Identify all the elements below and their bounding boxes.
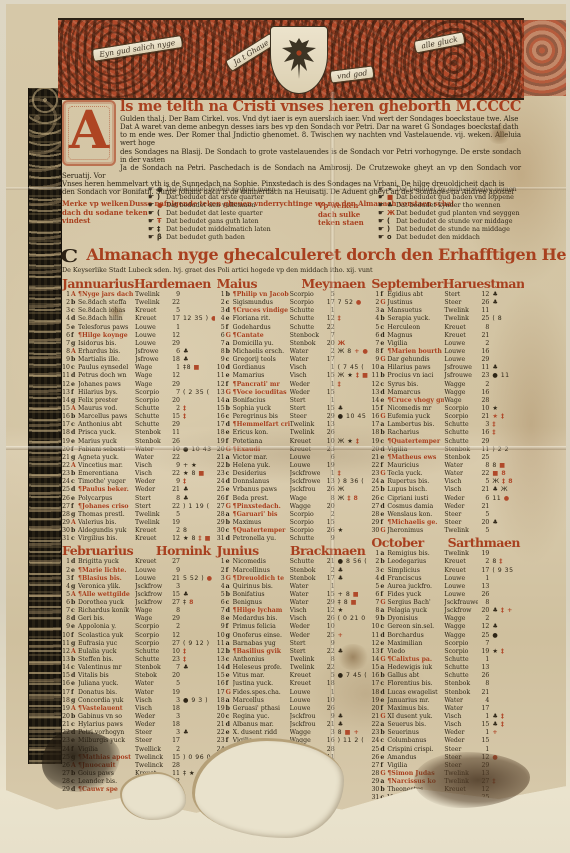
dark-stain	[414, 752, 530, 808]
feast-mark: ¶	[233, 332, 237, 339]
zodiac-sign: Scorpio	[135, 640, 169, 648]
saint-name: Hilarius paws	[387, 364, 444, 372]
symbols-red: ‡	[183, 405, 187, 412]
dominical-letter: b	[380, 315, 387, 323]
calendar-row: 16bMarcellus pawsSchutte15 ‡	[62, 413, 215, 421]
zodiac-sign: Twelink	[135, 299, 169, 307]
symbols-black: ( 9 35	[492, 567, 513, 574]
dominical-letter: G	[226, 332, 233, 340]
day-number: 18	[217, 429, 226, 437]
saint-name: Gabinus vn so	[78, 713, 135, 721]
symbols-red: ■	[353, 591, 359, 598]
moon-degree: 1	[169, 364, 181, 372]
dominical-letter: c	[226, 527, 233, 535]
zodiac-sign: Jsfrowe	[135, 356, 169, 364]
calendar-row: 11dBorchardusWagge25●	[371, 632, 524, 640]
saint-name: Martialis ille.	[78, 356, 135, 364]
zodiac-sign: Schutte	[444, 421, 478, 429]
zodiac-sign: Visch	[290, 372, 324, 380]
calendar-row: 6bDorothea yuckJsckfrow27‡ 8	[62, 599, 215, 607]
day-number: 12	[371, 381, 380, 389]
dominical-letter: b	[380, 372, 387, 380]
saint-name: Herculeon	[387, 324, 444, 332]
saint-name: ¶Cruces vindige	[233, 307, 290, 315]
calendar-row: 5cHerculeonKreuet8	[371, 324, 524, 332]
zodiac-sign: Visch	[290, 615, 324, 623]
manicule-icon: ☛	[378, 209, 387, 217]
dominical-letter: f	[71, 632, 78, 640]
zodiac-sign: Wage	[135, 372, 169, 380]
day-number: 30	[371, 786, 380, 794]
moon-degree: 13	[478, 583, 490, 591]
moon-degree: 29	[169, 381, 181, 389]
day-number: 11	[217, 640, 226, 648]
dominical-letter: c	[71, 535, 78, 543]
zodiac-sign: Stebok	[135, 672, 169, 680]
day-symbols: ★	[336, 607, 370, 615]
dominical-letter: a	[380, 721, 387, 729]
dominical-letter: e	[226, 558, 233, 566]
day-number: 28	[371, 770, 380, 778]
zodiac-sign: Weder	[135, 721, 169, 729]
dominical-letter: c	[380, 680, 387, 688]
moon-degree: 4	[478, 697, 490, 705]
paper-stain	[106, 304, 126, 320]
calendar-row: 3aMansuetusTwelink11	[371, 307, 524, 315]
moon-degree: 21	[169, 575, 181, 583]
saint-name: ¶Garuari' bis	[233, 511, 290, 519]
legend-text: Dat bedudet guth baden	[166, 233, 245, 241]
symbols-red: ‡	[183, 656, 187, 663]
moon-degree: 3	[169, 729, 181, 737]
day-number: 16	[371, 413, 380, 421]
dominical-letter: f	[226, 680, 233, 688]
saint-name: Vitus mar.	[233, 672, 290, 680]
calendar-row: 8aPelagia yuckJsckfrow20♣ ‡ +	[371, 607, 524, 615]
saint-name: Se.8dach hilin	[78, 315, 135, 323]
calendar-row: 25dCrispini crispi.Steer1	[371, 746, 524, 754]
calendar-row: 8f¶Marien bourthLouwe16	[371, 348, 524, 356]
calendar-row: 5eAurea juckfro.Louwe13	[371, 583, 524, 591]
dominical-letter: b	[71, 356, 78, 364]
saint-name: Marius yuck	[78, 438, 135, 446]
calendar-row: 1aRemigius bis.Twelink19	[371, 550, 524, 558]
day-number: 12	[217, 381, 226, 389]
symbols-black: ♣	[338, 713, 344, 720]
day-number: 26	[371, 495, 380, 503]
symbols-red: ‡ ■	[356, 372, 369, 379]
day-number: 8	[217, 348, 226, 356]
zodiac-sign: Scorpio	[290, 527, 324, 535]
dominical-letter: e	[226, 429, 233, 437]
zodiac-sign: Wagge	[290, 503, 324, 511]
moon-degree: 8	[478, 680, 490, 688]
symbols-black: ★	[338, 527, 344, 534]
saint-name: Agneta yuck.	[78, 454, 135, 462]
saint-name: Victor mar.	[233, 454, 290, 462]
day-symbols: 11 ●	[490, 495, 524, 503]
day-number: 29	[217, 519, 226, 527]
day-number: 23	[217, 470, 226, 478]
legend-symbol: (	[157, 209, 166, 217]
saint-name: Magnus	[387, 332, 444, 340]
day-number: 13	[217, 389, 226, 397]
moon-degree: 20	[478, 519, 490, 527]
saint-name: Peregrinus bis	[233, 413, 290, 421]
moon-degree: 18	[169, 356, 181, 364]
dominical-letter: b	[226, 705, 233, 713]
zodiac-sign: Weder	[135, 713, 169, 721]
calendar-row: 17fDonatus bis.Water19	[62, 689, 215, 697]
dominical-letter: g	[71, 697, 78, 705]
symbols-red: ■ +	[345, 729, 360, 736]
day-symbols: ★ 8 ‡ ■	[181, 535, 215, 543]
symbols-red: ‡ ■	[198, 535, 211, 542]
moon-degree: 8	[169, 607, 181, 615]
day-number: 18	[217, 697, 226, 705]
dominical-letter: d	[226, 664, 233, 672]
moon-degree: 22	[169, 503, 181, 511]
legend-note-left: Merke vp welken dach du sodane teken vin…	[62, 185, 148, 226]
calendar-row: 1A¶Nyge jars dachTwelink9	[62, 291, 215, 299]
zodiac-sign: Stenbok	[135, 664, 169, 672]
day-number: 22	[371, 462, 380, 470]
day-number: 4	[371, 575, 380, 583]
calendar-row: 16GEufemia yuckScorpio21 ★ ‡	[371, 413, 524, 421]
dominical-letter: b	[380, 558, 387, 566]
zodiac-sign: Schutte	[290, 315, 324, 323]
dominical-letter: a	[380, 478, 387, 486]
zodiac-sign: Steer	[444, 299, 478, 307]
legend-text: Dat bedudet gud baden vnd loppene	[396, 193, 514, 201]
saint-name: Godehardus	[233, 324, 290, 332]
feast-mark: ¶	[233, 421, 237, 428]
zodiac-sign: Twelink	[444, 550, 478, 558]
saint-name: ¶Cantate	[233, 332, 290, 340]
day-number: 30	[62, 527, 71, 535]
zodiac-sign: Stert	[290, 405, 324, 413]
calendar-row: 6dMagnusKreuet21	[371, 332, 524, 340]
calendar-row: 10cPaulus eynsedelWage1‡8 ■	[62, 364, 215, 372]
zodiac-sign: Kreuet	[135, 535, 169, 543]
moon-degree: 5	[478, 478, 490, 486]
day-symbols: ‡	[490, 429, 524, 437]
dominical-letter: d	[226, 721, 233, 729]
dominical-letter: G	[380, 299, 387, 307]
calendar-row: 15fNicomedis mrScorpio10★	[371, 405, 524, 413]
zodiac-sign: Schutte	[290, 558, 324, 566]
moon-degree: 19	[478, 648, 490, 656]
saint-name: Se.8dach steffa	[78, 299, 135, 307]
calendar-row: 8dGeri bis.Wage29	[62, 615, 215, 623]
day-number: 13	[371, 648, 380, 656]
dominical-letter: e	[380, 583, 387, 591]
day-number: 14	[62, 397, 71, 405]
moon-degree: 7	[169, 664, 181, 672]
calendar-row: 9cGregorij teolsWater17	[217, 356, 370, 364]
saint-name: ¶Pancrati' mr	[233, 381, 290, 389]
symbols-red: Ж	[338, 340, 346, 347]
day-number: 22	[217, 729, 226, 737]
moon-degree: 28	[478, 397, 490, 405]
zodiac-sign: Jsckfrou	[290, 486, 324, 494]
saint-name: Justina yuck.	[233, 680, 290, 688]
zodiac-sign: Twellick	[135, 746, 169, 754]
zodiac-sign: Stenbok	[135, 438, 169, 446]
symbols-black: Ж 8	[338, 348, 352, 355]
dominical-letter: f	[226, 495, 233, 503]
calendar-row: 16eJuliana yuck.Water5	[62, 680, 215, 688]
saint-name: Sergius Bach'	[387, 599, 444, 607]
day-number: 8	[62, 615, 71, 623]
day-number: 10	[217, 364, 226, 372]
day-number: 19	[371, 697, 380, 705]
calendar-row: 22aSeuerus bis.Visch15♣ ‡	[371, 721, 524, 729]
dominical-letter: d	[71, 615, 78, 623]
moon-degree: 26	[478, 299, 490, 307]
calendar-row: 1fEgidius abtStert12♣	[371, 291, 524, 299]
intro-line: to m ende wes. Der Romer thal Jndictio g…	[62, 131, 521, 147]
zodiac-sign: Jsckfrow	[135, 591, 169, 599]
saint-name: Richardus konik	[78, 607, 135, 615]
saint-name: Nicomedis mr	[387, 405, 444, 413]
zodiac-sign: Water	[444, 462, 478, 470]
moon-degree: 29	[169, 615, 181, 623]
zodiac-sign: Water	[290, 356, 324, 364]
zodiac-sign: Water	[444, 697, 478, 705]
day-number: 17	[62, 689, 71, 697]
banner-ink-bleed	[522, 20, 570, 96]
day-symbols: ‡	[181, 413, 215, 421]
manicule-icon: ☛	[378, 193, 387, 201]
month-header: FebruariusHornink	[62, 543, 215, 558]
day-symbols: ( 9 12 )	[181, 640, 215, 648]
zodiac-sign: Louwe	[290, 689, 324, 697]
dominical-letter: f	[71, 332, 78, 340]
saint-name: Virgilius bis.	[78, 535, 135, 543]
zodiac-sign: Jsckfrow	[135, 599, 169, 607]
zodiac-sign: Louwe	[444, 340, 478, 348]
day-number: 26	[371, 754, 380, 762]
moon-degree: 17	[169, 737, 181, 745]
saint-name: ¶Nyge jars dach	[78, 291, 135, 299]
legend-text: Dat bedudet gud planten vnd seyggen	[396, 209, 520, 217]
symbols-black: + ★	[183, 462, 197, 469]
saint-name: Eufemia yuck	[387, 413, 444, 421]
banner-scroll-text: Eyn gud salich nyge	[99, 38, 176, 59]
day-number: 11	[62, 640, 71, 648]
feast-mark: ¶	[233, 648, 237, 655]
saint-name: Wenslaus kon.	[387, 511, 444, 519]
intro-line: des Sondages na Blasij. De Sondach to gr…	[62, 148, 521, 164]
legend-symbol: Ж	[387, 209, 396, 217]
calendar-row: 31dPetronella yu.Schutte9	[217, 535, 370, 543]
day-symbols: + 8 ■	[336, 591, 370, 599]
intro-heading: ls me telth na Cristi vnses heren ghebor…	[120, 98, 521, 115]
dominical-letter: d	[226, 607, 233, 615]
saint-name: ¶Cruce vhogy gn	[387, 397, 444, 405]
moon-degree: 19	[169, 519, 181, 527]
legend-symbol: )	[387, 225, 396, 233]
dominical-letter: G	[226, 575, 233, 583]
calendar-row: 14e¶Cruce vhogy gnWage28	[371, 397, 524, 405]
saint-name: Lucas ewagelist	[387, 689, 444, 697]
symbols-black: 11	[492, 495, 501, 502]
calendar-row: 8eMedardus bis.Visch26( 0 21 0	[217, 615, 370, 623]
moon-degree: 9	[169, 291, 181, 299]
symbols-black: ‡ 8	[338, 599, 349, 606]
day-number: 8	[62, 348, 71, 356]
saint-name: Maximus bis.	[387, 705, 444, 713]
dominical-letter: b	[71, 470, 78, 478]
moon-degree: 12	[169, 372, 181, 380]
day-number: 3	[62, 575, 71, 583]
day-number: 6	[62, 599, 71, 607]
zodiac-sign: Schutte	[444, 438, 478, 446]
zodiac-sign: Water	[290, 583, 324, 591]
dominical-letter: f	[71, 503, 78, 511]
zodiac-sign: Kreuet	[290, 438, 324, 446]
dominical-letter: d	[71, 429, 78, 437]
zodiac-sign: Jsckfrowe	[290, 470, 324, 478]
dominical-letter: a	[380, 307, 387, 315]
dominical-letter: b	[226, 405, 233, 413]
moon-degree: 11	[478, 307, 490, 315]
moon-degree: 8	[169, 495, 181, 503]
feast-mark: ¶	[387, 397, 391, 404]
feast-mark: ¶	[233, 607, 237, 614]
calendar-row: 4dSe.8dach hilinKreuet1712 35 ) ●	[62, 315, 215, 323]
day-symbols: +	[336, 632, 370, 640]
zodiac-sign: Twelink	[290, 429, 324, 437]
calendar-row: 3f¶Blasius bis.Louwe215 52 ) ●	[62, 575, 215, 583]
day-number: 27	[62, 503, 71, 511]
dominical-letter: d	[380, 503, 387, 511]
moon-degree: 15	[169, 413, 181, 421]
calendar-row: 11eMamariusVisch15Ж ★ ‡ ■	[217, 372, 370, 380]
dominical-letter: f	[226, 381, 233, 389]
saint-name: Valentinus mr	[78, 664, 135, 672]
day-symbols: ♣	[336, 567, 370, 575]
dominical-letter: G	[226, 389, 233, 397]
day-symbols: ( 9 35	[490, 567, 524, 575]
symbols-black: 8	[338, 729, 342, 736]
dominical-letter: d	[380, 746, 387, 754]
day-symbols: ♣	[490, 364, 524, 372]
dominical-letter: b	[71, 299, 78, 307]
dominical-letter: c	[71, 421, 78, 429]
saint-name: Sigismundus	[233, 299, 290, 307]
calendar-row: 28eWenslaus kon.Steer5	[371, 511, 524, 519]
calendar-row: 29AValerius bis.Twelink19	[62, 519, 215, 527]
zodiac-sign: Weder	[290, 623, 324, 631]
dominical-letter: b	[380, 429, 387, 437]
manicule-icon: ☛	[148, 233, 157, 241]
day-number: 13	[371, 389, 380, 397]
moon-degree: 20	[169, 397, 181, 405]
calendar-row: 17aLambertus bis.Schutte3 ‡	[371, 421, 524, 429]
symbols-black: ♣	[183, 664, 189, 671]
moon-degree: 2	[169, 746, 181, 754]
dominical-letter: G	[380, 413, 387, 421]
saint-name: Cipriani iusti	[387, 495, 444, 503]
dominical-letter: e	[71, 381, 78, 389]
intro-line: Gulden thal.j. Der Bam Cirkel. vos. Vnd …	[62, 115, 521, 123]
dominical-letter: f	[380, 348, 387, 356]
zodiac-sign: Jsckfrow	[444, 607, 478, 615]
dominical-letter: c	[380, 381, 387, 389]
calendar-row: 21e¶Matheus ewsStenbok25	[371, 454, 524, 462]
dominical-letter: f	[380, 762, 387, 770]
saint-name: ¶Blasius bis.	[78, 575, 135, 583]
saint-name: Potetiana	[233, 438, 290, 446]
saint-name: Viedo	[387, 648, 444, 656]
day-number: 25	[217, 486, 226, 494]
symbols-red: ■	[194, 364, 200, 371]
moon-degree: 1	[478, 575, 490, 583]
calendar-row: 2fMarcellinusStenbok2♣	[217, 567, 370, 575]
zodiac-sign: Visch	[290, 607, 324, 615]
day-number: 15	[371, 405, 380, 413]
saint-name: Regina yuc.	[233, 713, 290, 721]
zodiac-sign: Wagge	[444, 623, 478, 631]
symbols-red: ■	[499, 462, 505, 469]
dominical-letter: a	[226, 583, 233, 591]
day-symbols: ★ ‡	[490, 413, 524, 421]
zodiac-sign: Schutte	[444, 656, 478, 664]
feast-mark: ¶	[78, 567, 82, 574]
saint-name: Hilarius bys.	[78, 389, 135, 397]
manicule-icon: ☛	[378, 201, 387, 209]
day-symbols: 8	[181, 527, 215, 535]
day-number: 5	[62, 324, 71, 332]
day-number: 9	[217, 356, 226, 364]
saint-name: Borchardus	[387, 632, 444, 640]
legend-symbol: Ŧ	[157, 217, 166, 225]
saint-name: Isidorus bis.	[78, 340, 135, 348]
dominical-letter: c	[380, 737, 387, 745]
zodiac-sign: Visch	[444, 478, 478, 486]
moon-degree: 8	[478, 324, 490, 332]
zodiac-sign: Louwe	[444, 591, 478, 599]
symbols-black: ● 7 45 (	[338, 672, 368, 679]
manicule-icon: ☛	[378, 217, 387, 225]
day-number: 16	[62, 680, 71, 688]
day-symbols: ( 8	[490, 315, 524, 323]
calendar-row: 15eVitus mar.Kreuet5● 7 45 (	[217, 672, 370, 680]
zodiac-sign: Weder	[290, 381, 324, 389]
zodiac-sign: Twelink	[290, 421, 324, 429]
saint-name: Vrbanus paws	[233, 486, 290, 494]
zodiac-sign: Wage	[444, 397, 478, 405]
dominical-letter: a	[380, 550, 387, 558]
day-number: 9	[217, 623, 226, 631]
dominical-letter: d	[71, 372, 78, 380]
saint-name: ¶Marie lichte.	[78, 567, 135, 575]
zodiac-sign: Schutte	[290, 535, 324, 543]
calendar-row: 3G¶Dreuoldich teStenbok17♣	[217, 575, 370, 583]
fold-crease	[6, 446, 566, 450]
day-symbols: ♣	[336, 721, 370, 729]
calendar-row: 24aRupertus bis.Visch5Ж ‡ 8	[371, 478, 524, 486]
zodiac-sign: Jsckfrou	[290, 713, 324, 721]
dominical-letter: e	[380, 511, 387, 519]
legend-item: ☛ŦDat bedudet gans guth laten	[148, 217, 318, 225]
zodiac-sign: Schutte	[135, 413, 169, 421]
calendar-row: 28gThomas prestl.Twelink5	[62, 511, 215, 519]
saint-name: Felix prester	[78, 397, 135, 405]
dominical-letter: e	[71, 495, 78, 503]
